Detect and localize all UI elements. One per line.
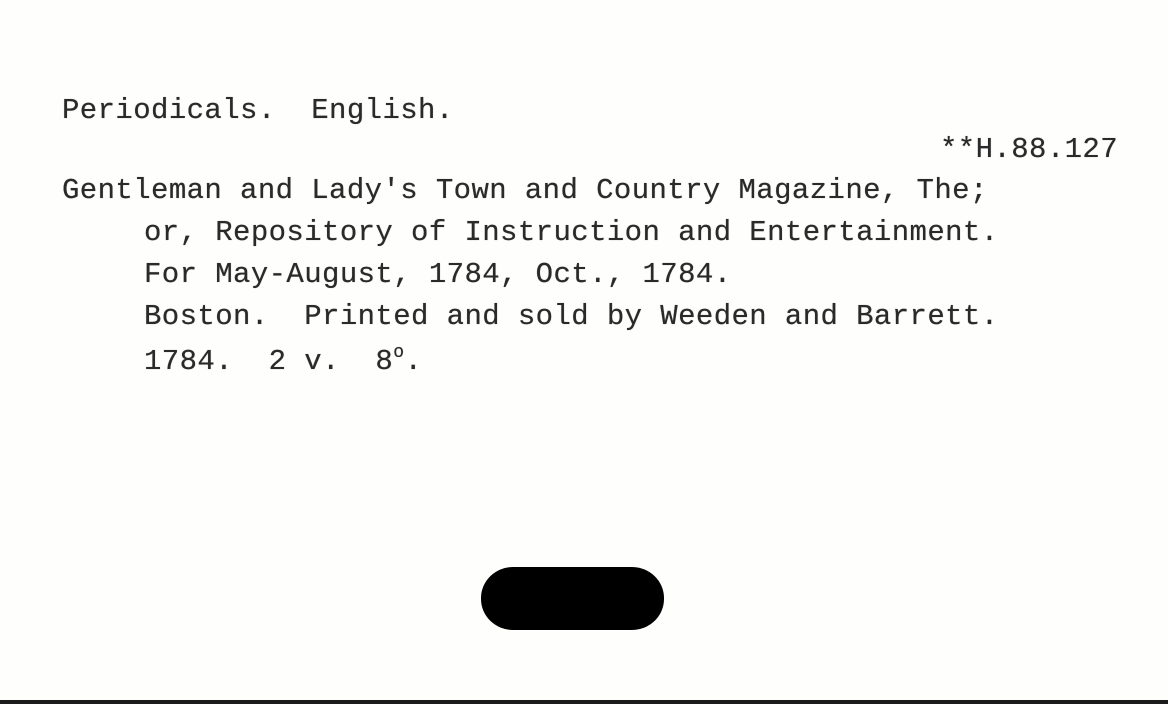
card-bottom-edge	[0, 700, 1168, 704]
catalog-card: Periodicals. English. **H.88.127 Gentlem…	[0, 0, 1168, 700]
coverage-line: For May-August, 1784, Oct., 1784.	[144, 260, 732, 289]
collation-text: 1784. 2 v. 8	[144, 345, 393, 378]
collation-sup: o	[393, 343, 404, 363]
punch-hole	[481, 567, 664, 630]
title-line: Gentleman and Lady's Town and Country Ma…	[62, 176, 988, 205]
call-number: **H.88.127	[940, 135, 1118, 164]
imprint-line: Boston. Printed and sold by Weeden and B…	[144, 302, 999, 331]
subject-heading: Periodicals. English.	[62, 96, 454, 125]
collation-line: 1784. 2 v. 8o.	[144, 344, 422, 376]
collation-end: .	[404, 345, 422, 378]
subtitle-line: or, Repository of Instruction and Entert…	[144, 218, 999, 247]
